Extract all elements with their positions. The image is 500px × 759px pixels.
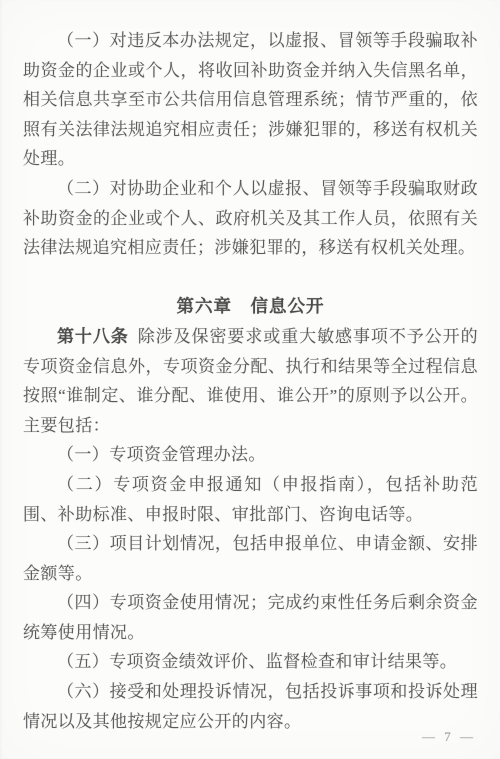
penalty-clause-1: （一）对违反本办法规定，以虚报、冒领等手段骗取补助资金的企业或个人，将收回补助资… <box>23 26 478 174</box>
list-item-2: （二）专项资金申报通知（申报指南），包括补助范围、补助标准、申报时限、审批部门、… <box>23 470 478 529</box>
list-item-6: （六）接受和处理投诉情况，包括投诉事项和投诉处理情况以及其他按规定应公开的内容。 <box>23 677 478 736</box>
chapter-heading: 第六章 信息公开 <box>23 292 478 322</box>
list-item-5: （五）专项资金绩效评价、监督检查和审计结果等。 <box>23 647 478 677</box>
penalty-clause-2: （二）对协助企业和个人以虚报、冒领等手段骗取财政补助资金的企业或个人、政府机关及… <box>23 174 478 263</box>
list-item-4: （四）专项资金使用情况；完成约束性任务后剩余资金统筹使用情况。 <box>23 588 478 647</box>
page-number: — 7 — <box>422 729 476 745</box>
article-18-paragraph: 第十八条除涉及保密要求或重大敏感事项不予公开的专项资金信息外，专项资金分配、执行… <box>23 322 478 440</box>
document-content: （一）对违反本办法规定，以虚报、冒领等手段骗取补助资金的企业或个人，将收回补助资… <box>23 26 478 736</box>
list-item-1: （一）专项资金管理办法。 <box>23 440 478 470</box>
document-page: （一）对违反本办法规定，以虚报、冒领等手段骗取补助资金的企业或个人，将收回补助资… <box>0 0 500 759</box>
article-number-label: 第十八条 <box>57 327 129 346</box>
list-item-3: （三）项目计划情况，包括申报单位、申请金额、安排金额等。 <box>23 529 478 588</box>
